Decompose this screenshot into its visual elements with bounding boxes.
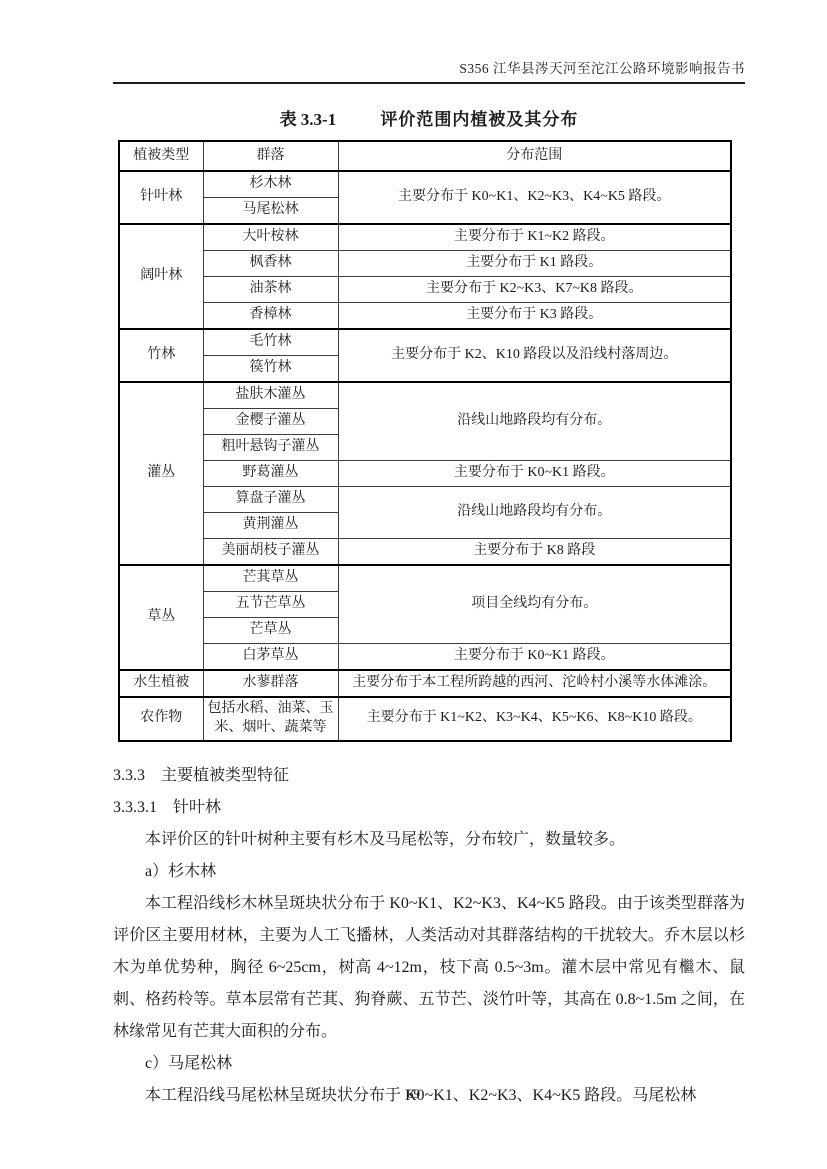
table-row: 香樟林主要分布于 K3 路段。 bbox=[119, 303, 731, 330]
cell-distribution: 主要分布于 K2、K10 路段以及沿线村落周边。 bbox=[338, 329, 731, 382]
cell-distribution: 主要分布于 K0~K1 路段。 bbox=[338, 461, 731, 487]
cell-distribution: 主要分布于 K1~K2、K3~K4、K5~K6、K8~K10 路段。 bbox=[338, 697, 731, 741]
cell-community: 枫香林 bbox=[203, 251, 338, 277]
page-number: 69 bbox=[407, 1086, 420, 1101]
cell-community: 篌竹林 bbox=[203, 356, 338, 383]
table-row: 灌丛盐肤木灌丛沿线山地路段均有分布。 bbox=[119, 382, 731, 409]
cell-vegetation-type: 灌丛 bbox=[119, 382, 203, 565]
cell-community: 黄荆灌丛 bbox=[203, 513, 338, 539]
cell-community: 杉木林 bbox=[203, 171, 338, 198]
table-row: 算盘子灌丛沿线山地路段均有分布。 bbox=[119, 487, 731, 513]
cell-vegetation-type: 草丛 bbox=[119, 565, 203, 670]
cell-vegetation-type: 农作物 bbox=[119, 697, 203, 741]
section-heading: 3.3.3.1 针叶林 bbox=[113, 792, 745, 824]
cell-distribution: 沿线山地路段均有分布。 bbox=[338, 382, 731, 461]
cell-community: 包括水稻、油菜、玉米、烟叶、蔬菜等 bbox=[203, 697, 338, 741]
table-caption-label: 表 3.3-1 bbox=[280, 110, 337, 129]
cell-distribution: 沿线山地路段均有分布。 bbox=[338, 487, 731, 539]
document-header: S356 江华县涔天河至沱江公路环境影响报告书 bbox=[113, 57, 745, 84]
cell-community: 白茅草丛 bbox=[203, 644, 338, 671]
cell-distribution: 主要分布于 K2~K3、K7~K8 路段。 bbox=[338, 277, 731, 303]
cell-vegetation-type: 水生植被 bbox=[119, 670, 203, 697]
cell-community: 五节芒草丛 bbox=[203, 592, 338, 618]
cell-distribution: 项目全线均有分布。 bbox=[338, 565, 731, 644]
cell-community: 粗叶悬钩子灌丛 bbox=[203, 435, 338, 461]
cell-community: 芒草丛 bbox=[203, 618, 338, 644]
section-heading: 3.3.3 主要植被类型特征 bbox=[113, 760, 745, 792]
cell-community: 美丽胡枝子灌丛 bbox=[203, 539, 338, 566]
table-row: 阔叶林大叶桉林主要分布于 K1~K2 路段。 bbox=[119, 224, 731, 251]
table-row: 水生植被水蓼群落主要分布于本工程所跨越的西河、沱岭村小溪等水体滩涂。 bbox=[119, 670, 731, 697]
body-text: 3.3.3 主要植被类型特征3.3.3.1 针叶林本评价区的针叶树种主要有杉木及… bbox=[113, 760, 745, 1112]
column-header-community: 群落 bbox=[203, 141, 338, 171]
paragraph: 本工程沿线杉木林呈斑块状分布于 K0~K1、K2~K3、K4~K5 路段。由于该… bbox=[113, 888, 745, 1048]
cell-distribution: 主要分布于 K1~K2 路段。 bbox=[338, 224, 731, 251]
table-row: 油茶林主要分布于 K2~K3、K7~K8 路段。 bbox=[119, 277, 731, 303]
table-row: 枫香林主要分布于 K1 路段。 bbox=[119, 251, 731, 277]
cell-community: 金樱子灌丛 bbox=[203, 409, 338, 435]
cell-community: 芒萁草丛 bbox=[203, 565, 338, 592]
content-area: S356 江华县涔天河至沱江公路环境影响报告书 表 3.3-1评价范围内植被及其… bbox=[113, 57, 745, 1112]
table-row: 农作物包括水稻、油菜、玉米、烟叶、蔬菜等主要分布于 K1~K2、K3~K4、K5… bbox=[119, 697, 731, 741]
cell-community: 野葛灌丛 bbox=[203, 461, 338, 487]
cell-vegetation-type: 阔叶林 bbox=[119, 224, 203, 329]
table-row: 野葛灌丛主要分布于 K0~K1 路段。 bbox=[119, 461, 731, 487]
table-header-row: 植被类型 群落 分布范围 bbox=[119, 141, 731, 171]
table-row: 白茅草丛主要分布于 K0~K1 路段。 bbox=[119, 644, 731, 671]
cell-distribution: 主要分布于 K1 路段。 bbox=[338, 251, 731, 277]
cell-distribution: 主要分布于 K0~K1、K2~K3、K4~K5 路段。 bbox=[338, 171, 731, 224]
cell-community: 毛竹林 bbox=[203, 329, 338, 356]
page-footer: 69 bbox=[0, 1086, 827, 1102]
cell-community: 香樟林 bbox=[203, 303, 338, 330]
paragraph: a）杉木林 bbox=[113, 856, 745, 888]
column-header-vegetation-type: 植被类型 bbox=[119, 141, 203, 171]
table-row: 竹林毛竹林主要分布于 K2、K10 路段以及沿线村落周边。 bbox=[119, 329, 731, 356]
document-page: S356 江华县涔天河至沱江公路环境影响报告书 表 3.3-1评价范围内植被及其… bbox=[0, 0, 827, 1169]
table-caption: 表 3.3-1评价范围内植被及其分布 bbox=[113, 105, 745, 130]
cell-community: 盐肤木灌丛 bbox=[203, 382, 338, 409]
cell-distribution: 主要分布于 K3 路段。 bbox=[338, 303, 731, 330]
table-row: 草丛芒萁草丛项目全线均有分布。 bbox=[119, 565, 731, 592]
cell-community: 大叶桉林 bbox=[203, 224, 338, 251]
cell-community: 算盘子灌丛 bbox=[203, 487, 338, 513]
cell-distribution: 主要分布于 K8 路段 bbox=[338, 539, 731, 566]
table-row: 针叶林杉木林主要分布于 K0~K1、K2~K3、K4~K5 路段。 bbox=[119, 171, 731, 198]
paragraph: 本评价区的针叶树种主要有杉木及马尾松等，分布较广，数量较多。 bbox=[113, 824, 745, 856]
header-title: S356 江华县涔天河至沱江公路环境影响报告书 bbox=[459, 61, 745, 76]
cell-community: 水蓼群落 bbox=[203, 670, 338, 697]
cell-distribution: 主要分布于 K0~K1 路段。 bbox=[338, 644, 731, 671]
vegetation-distribution-table: 植被类型 群落 分布范围 针叶林杉木林主要分布于 K0~K1、K2~K3、K4~… bbox=[118, 140, 732, 742]
cell-distribution: 主要分布于本工程所跨越的西河、沱岭村小溪等水体滩涂。 bbox=[338, 670, 731, 697]
paragraph: c）马尾松林 bbox=[113, 1048, 745, 1080]
table-caption-title: 评价范围内植被及其分布 bbox=[380, 110, 578, 129]
cell-community: 马尾松林 bbox=[203, 198, 338, 225]
cell-vegetation-type: 竹林 bbox=[119, 329, 203, 382]
table-row: 美丽胡枝子灌丛主要分布于 K8 路段 bbox=[119, 539, 731, 566]
cell-vegetation-type: 针叶林 bbox=[119, 171, 203, 224]
column-header-distribution: 分布范围 bbox=[338, 141, 731, 171]
cell-community: 油茶林 bbox=[203, 277, 338, 303]
